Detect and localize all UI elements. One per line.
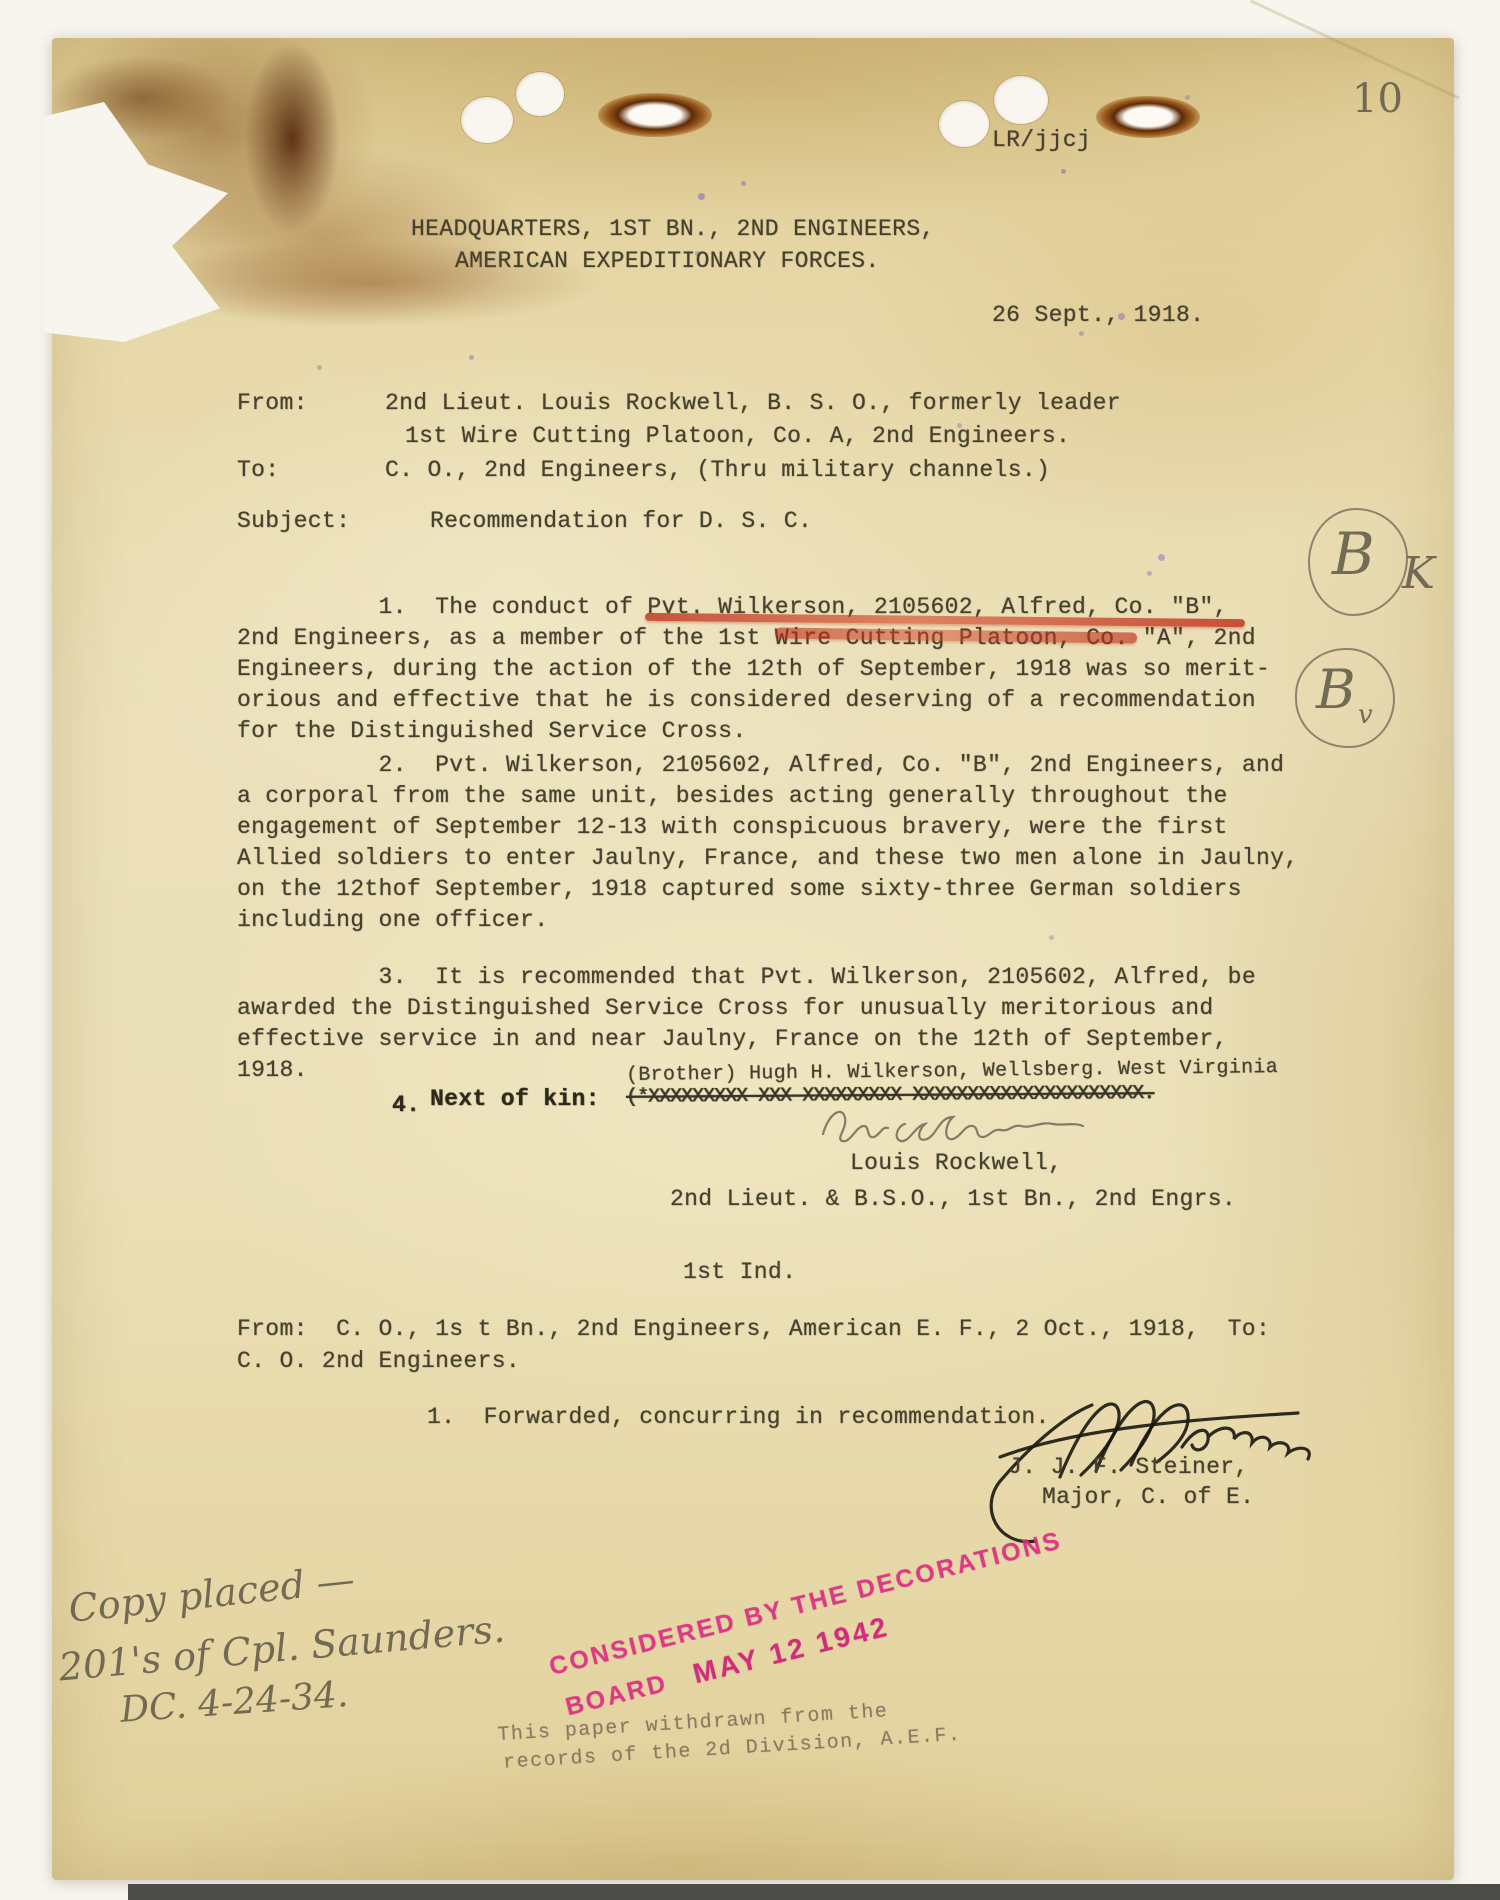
item-4-number: 4. [392,1090,420,1121]
to-label: To: [237,455,279,486]
signer-typed-title: 2nd Lieut. & B.S.O., 1st Bn., 2nd Engrs. [670,1184,1236,1215]
check-mark: v [1358,700,1373,730]
subject-label: Subject: [237,506,350,537]
endorsement-signer-typed-name: J. J. F. Steiner, [1008,1452,1249,1483]
ink-speckles [0,0,3,3]
punch-hole [994,76,1048,124]
from-label: From: [237,388,308,419]
punch-hole [939,101,989,147]
from-line2: 1st Wire Cutting Platoon, Co. A, 2nd Eng… [405,421,1070,452]
letter-date: 26 Sept., 1918. [992,300,1204,331]
endorsement-from-line2: C. O. 2nd Engineers. [237,1346,520,1377]
body-paragraph-2: 2. Pvt. Wilkerson, 2105602, Alfred, Co. … [237,750,1377,936]
endorsement-signer-typed-title: Major, C. of E. [1042,1482,1254,1513]
punch-hole [516,72,564,116]
letterhead-line1: HEADQUARTERS, 1ST BN., 2ND ENGINEERS, [411,214,935,245]
scanner-strip [128,1884,1500,1900]
typist-reference: LR/jjcj [992,125,1091,156]
from-line1: 2nd Lieut. Louis Rockwell, B. S. O., for… [385,388,1121,419]
scan-background: LR/jjcj 10 HEADQUARTERS, 1ST BN., 2ND EN… [0,0,1500,1900]
endorsement-heading: 1st Ind. [683,1257,796,1288]
endorsement-from-line1: From: C. O., 1s t Bn., 2nd Engineers, Am… [237,1314,1270,1345]
rockwell-handwritten-signature [815,1096,1105,1152]
circled-letter-2: B [1316,658,1356,721]
k-annotation: K [1402,548,1435,599]
burn-hole [598,93,712,137]
signer-typed-name: Louis Rockwell, [850,1148,1062,1179]
page-number: 10 [1352,76,1403,122]
punch-hole [461,97,513,143]
burn-hole [1096,96,1200,138]
subject-value: Recommendation for D. S. C. [430,506,812,537]
letterhead-line2: AMERICAN EXPEDITIONARY FORCES. [455,246,880,277]
circled-letter-1: B [1332,520,1375,588]
item-4-label: Next of kin: [430,1084,600,1115]
to-value: C. O., 2nd Engineers, (Thru military cha… [385,455,1050,486]
